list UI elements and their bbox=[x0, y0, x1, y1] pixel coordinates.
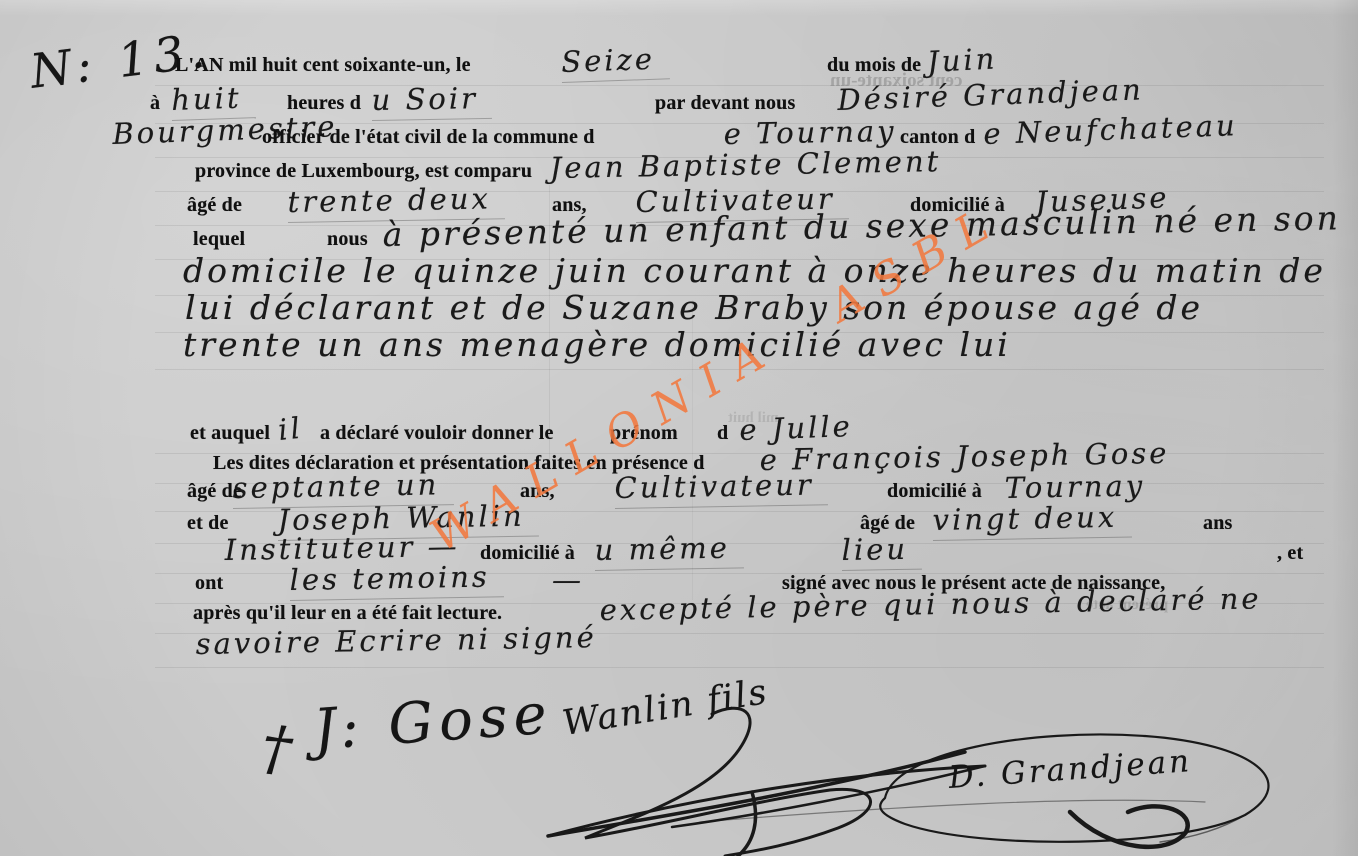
handwritten-entry: lui déclarant et de Suzane Braby son épo… bbox=[185, 288, 1203, 327]
handwritten-entry: il bbox=[276, 411, 304, 447]
handwritten-entry: u même bbox=[594, 530, 744, 571]
handwritten-entry: Seize bbox=[561, 41, 670, 83]
signature-mark-pere: † bbox=[258, 712, 295, 785]
signature-wanlin: Wanlin fils bbox=[560, 672, 771, 744]
handwritten-entry: — bbox=[552, 563, 584, 597]
printed-text: âgé de bbox=[187, 194, 242, 217]
signature-grandjean: D. Grandjean bbox=[947, 743, 1193, 796]
handwritten-entry: savoire Ecrire ni signé bbox=[195, 620, 597, 661]
handwritten-entry: les temoins bbox=[289, 559, 504, 601]
bleedthrough-text: mil huit bbox=[728, 410, 778, 427]
bleedthrough-text: présent acte bbox=[1086, 596, 1168, 614]
paper-crease bbox=[692, 300, 693, 600]
printed-text: ont bbox=[195, 572, 223, 595]
paper-crease bbox=[549, 185, 550, 460]
signature-gose: J: Gose bbox=[311, 681, 554, 763]
printed-text: officier de l'état civil de la commune d bbox=[262, 126, 595, 149]
printed-text: et auquel bbox=[190, 422, 270, 445]
bleedthrough-text: cent soixante-un bbox=[830, 70, 962, 92]
handwritten-entry: trente un ans menagère domicilié avec lu… bbox=[183, 325, 1011, 364]
handwritten-entry: lieu bbox=[841, 532, 922, 571]
printed-text: domicilié à bbox=[887, 480, 982, 503]
form-line: savoire Ecrire ni signé bbox=[0, 634, 1358, 678]
printed-text: ans bbox=[1203, 512, 1233, 535]
printed-text: d bbox=[717, 422, 728, 445]
printed-text: , et bbox=[1277, 542, 1303, 565]
printed-text: prénom bbox=[610, 422, 678, 445]
printed-text: nous bbox=[327, 228, 368, 251]
handwritten-entry: domicile le quinze juin courant à onze h… bbox=[183, 251, 1326, 290]
printed-text: a déclaré vouloir donner le bbox=[320, 422, 554, 445]
printed-text: et de bbox=[187, 512, 229, 535]
document-scan: N: 13. L'AN mil huit cent soixante-un, l… bbox=[0, 0, 1358, 856]
printed-text: province de Luxembourg, est comparu bbox=[195, 160, 532, 183]
form-line: trente un ans menagère domicilié avec lu… bbox=[0, 336, 1358, 380]
handwritten-entry: vingt deux bbox=[932, 500, 1131, 541]
handwritten-entry: u Soir bbox=[371, 81, 492, 121]
printed-text: L'AN mil huit cent soixante-un, le bbox=[175, 54, 471, 77]
printed-text: lequel bbox=[193, 228, 245, 251]
printed-text: par devant nous bbox=[655, 92, 795, 115]
handwritten-entry: Cultivateur bbox=[614, 467, 828, 509]
printed-text: à bbox=[150, 92, 160, 115]
handwritten-entry: Jean Baptiste Clement bbox=[549, 144, 941, 185]
